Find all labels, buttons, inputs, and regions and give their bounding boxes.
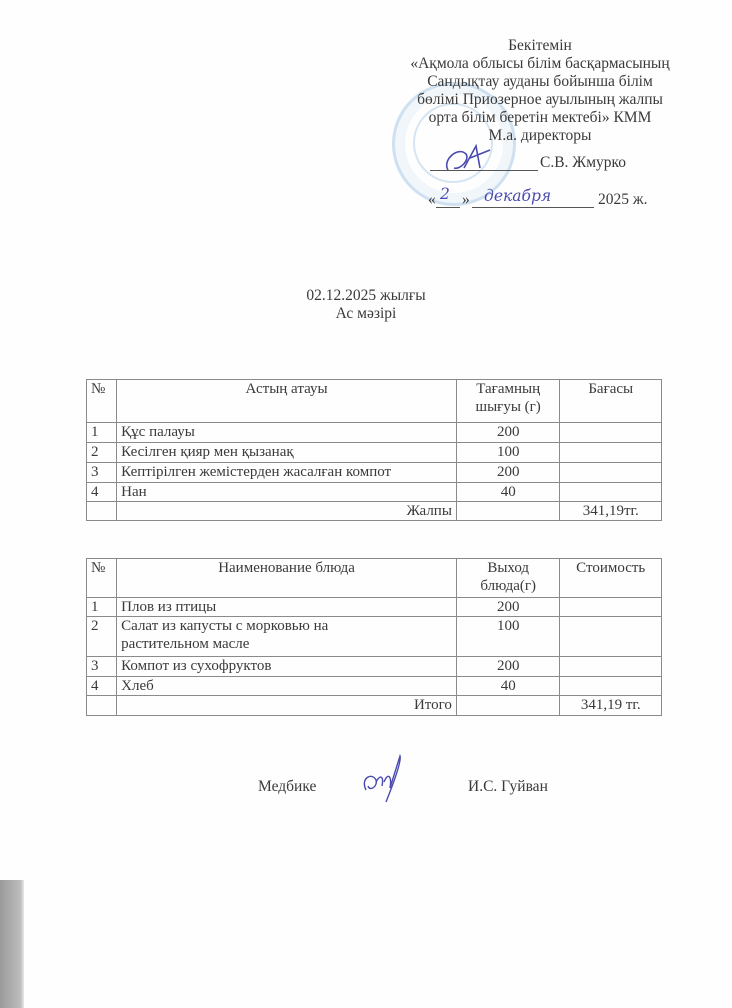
row-qty: 100: [456, 443, 560, 463]
table-row: 2 Кесілген қияр мен қызанақ 100: [87, 443, 662, 463]
director-signature-line: С.В. Жмурко: [430, 152, 700, 174]
row-qty: 200: [456, 598, 560, 617]
table-total-row: Итого 341,19 тг.: [87, 696, 662, 716]
row-no: 2: [87, 617, 117, 657]
table-header: № Астың атауы Тағамның шығуы (г) Бағасы: [87, 380, 662, 423]
table-row: 1 Плов из птицы 200: [87, 598, 662, 617]
approval-line: бөлімі Приозерное ауылының жалпы: [380, 91, 700, 109]
row-qty: 200: [456, 657, 560, 677]
director-name: С.В. Жмурко: [540, 154, 626, 172]
table-row: 3 Компот из сухофруктов 200: [87, 657, 662, 677]
total-label: Жалпы: [117, 502, 457, 521]
table-total-row: Жалпы 341,19тг.: [87, 502, 662, 521]
row-qty: 200: [456, 423, 560, 443]
col-header-name: Наименование блюда: [117, 559, 457, 598]
approval-line: Сандықтау ауданы бойынша білім: [380, 73, 700, 91]
row-name: Кесілген қияр мен қызанақ: [117, 443, 457, 463]
row-price: [560, 423, 662, 443]
menu-date: 02.12.2025 жылғы: [0, 287, 732, 305]
row-no: 1: [87, 423, 117, 443]
table-header: № Наименование блюда Выход блюда(г) Стои…: [87, 559, 662, 598]
menu-table-kz: № Астың атауы Тағамның шығуы (г) Бағасы …: [86, 379, 662, 521]
row-no: 3: [87, 463, 117, 483]
date-month: декабря: [484, 187, 551, 205]
row-qty: 40: [456, 483, 560, 502]
page-title: Ас мәзірі: [0, 305, 732, 323]
row-no: 3: [87, 657, 117, 677]
total-value: 341,19 тг.: [560, 696, 662, 716]
row-name: Плов из птицы: [117, 598, 457, 617]
row-price: [560, 483, 662, 502]
menu-table-ru: № Наименование блюда Выход блюда(г) Стои…: [86, 558, 662, 716]
row-no: 4: [87, 677, 117, 696]
col-header-no: №: [87, 559, 117, 598]
scan-edge-shadow: [0, 880, 24, 1008]
nurse-name: И.С. Гуйван: [468, 778, 548, 796]
approval-block: Бекітемін «Ақмола облысы білім басқармас…: [380, 37, 700, 145]
row-name: Салат из капусты с морковью на раститель…: [117, 617, 457, 657]
total-value: 341,19тг.: [560, 502, 662, 521]
row-qty: 40: [456, 677, 560, 696]
date-year: 2025 ж.: [598, 191, 647, 209]
row-price: [560, 617, 662, 657]
table-row: 3 Кептірілген жемістерден жасалған компо…: [87, 463, 662, 483]
row-qty: 200: [456, 463, 560, 483]
table-row: 1 Құс палауы 200: [87, 423, 662, 443]
date-day: 2: [440, 185, 450, 203]
row-price: [560, 677, 662, 696]
row-name: Компот из сухофруктов: [117, 657, 457, 677]
row-price: [560, 443, 662, 463]
col-header-qty: Выход блюда(г): [456, 559, 560, 598]
row-price: [560, 463, 662, 483]
row-no: 1: [87, 598, 117, 617]
row-price: [560, 598, 662, 617]
row-price: [560, 657, 662, 677]
col-header-price: Стоимость: [560, 559, 662, 598]
col-header-name: Астың атауы: [117, 380, 457, 423]
row-name: Нан: [117, 483, 457, 502]
col-header-price: Бағасы: [560, 380, 662, 423]
nurse-signature-icon: [360, 752, 410, 809]
row-no: 4: [87, 483, 117, 502]
row-name: Кептірілген жемістерден жасалған компот: [117, 463, 457, 483]
row-qty: 100: [456, 617, 560, 657]
total-label: Итого: [117, 696, 457, 716]
row-no: 2: [87, 443, 117, 463]
approval-line: М.а. директоры: [380, 127, 700, 145]
table-row: 4 Хлеб 40: [87, 677, 662, 696]
row-name: Хлеб: [117, 677, 457, 696]
approval-date: « 2 » декабря 2025 ж.: [428, 187, 698, 211]
col-header-qty: Тағамның шығуы (г): [456, 380, 560, 423]
nurse-role: Медбике: [258, 778, 316, 796]
table-row: 2 Салат из капусты с морковью на растите…: [87, 617, 662, 657]
col-header-no: №: [87, 380, 117, 423]
approval-line: «Ақмола облысы білім басқармасының: [380, 55, 700, 73]
row-name: Құс палауы: [117, 423, 457, 443]
table-row: 4 Нан 40: [87, 483, 662, 502]
nurse-signature-block: Медбике И.С. Гуйван: [0, 772, 732, 802]
approval-line: орта білім беретін мектебі» КММ: [380, 109, 700, 127]
approval-line: Бекітемін: [380, 37, 700, 55]
